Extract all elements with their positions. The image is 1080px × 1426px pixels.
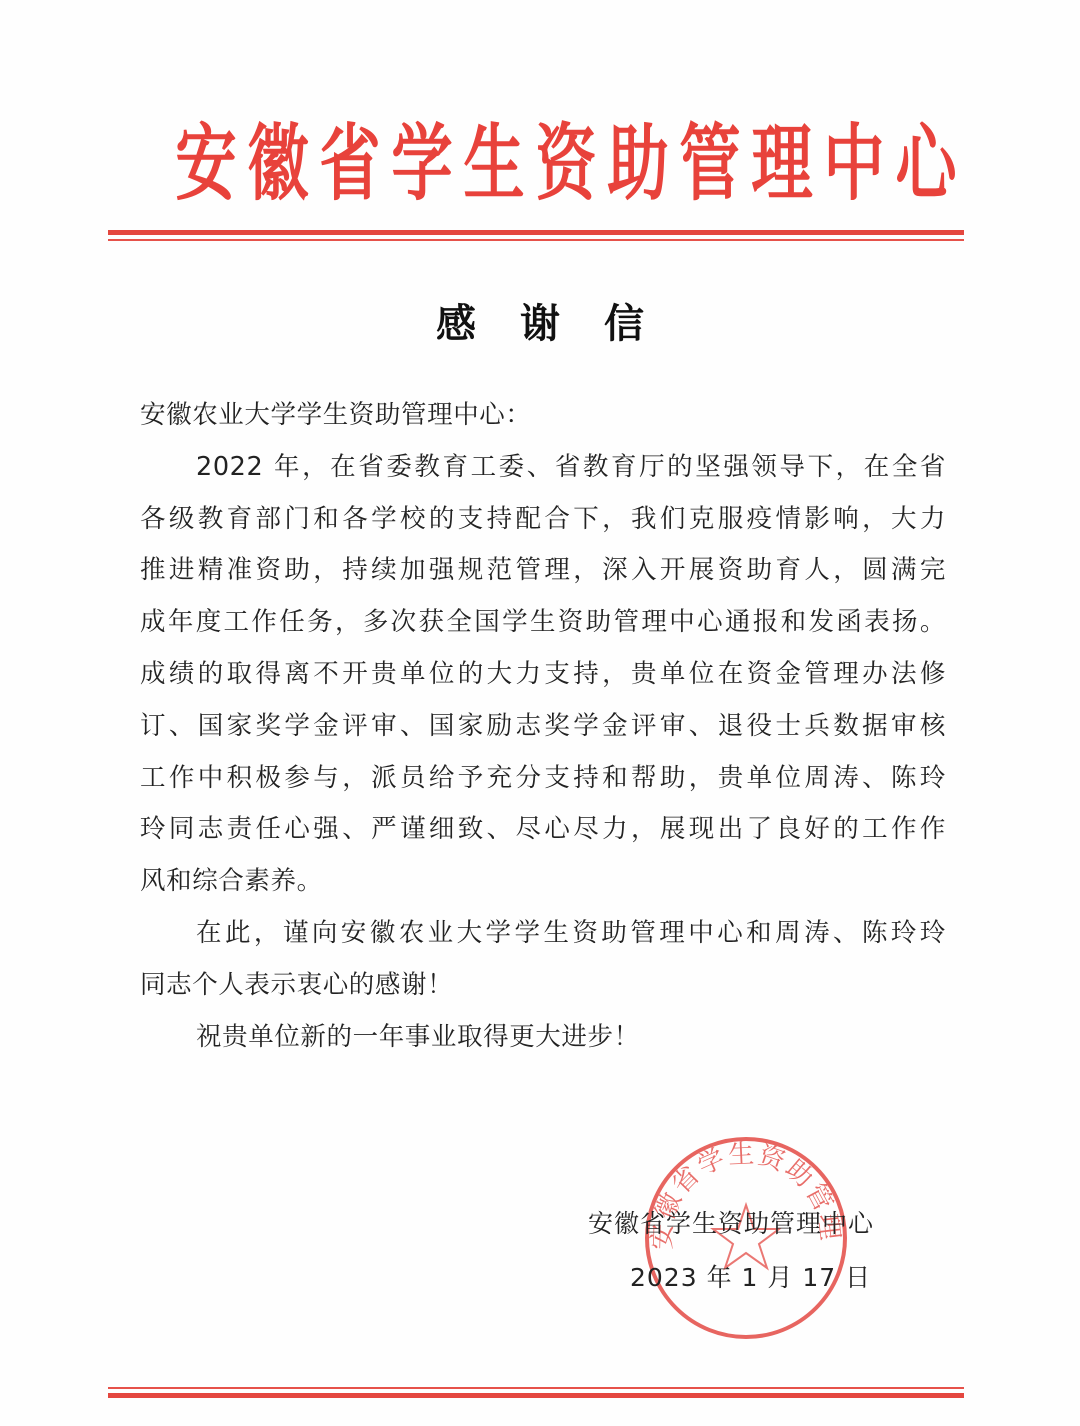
- footer-rule-thin: [108, 1387, 964, 1389]
- letterhead-char: 中: [824, 106, 885, 221]
- letterhead-char: 助: [607, 106, 668, 221]
- paragraph-2: 在此，谨向安徽农业大学学生资助管理中心和周涛、陈玲玲 同志个人表示衷心的感谢！: [140, 908, 946, 1012]
- letterhead-char: 管: [680, 106, 741, 221]
- letter-body: 安徽农业大学学生资助管理中心： 2022 年，在省委教育工委、省教育厅的坚强领导…: [140, 390, 946, 1063]
- letter-title: 感谢信: [0, 292, 1080, 349]
- salutation-text: 安徽农业大学学生资助管理中心：: [140, 390, 946, 442]
- letterhead: 安 徽 省 学 生 资 助 管 理 中 心: [170, 108, 900, 218]
- body-line: 玲同志责任心强、严谨细致、尽心尽力，展现出了良好的工作作: [140, 804, 946, 856]
- footer-rule-thick: [108, 1393, 964, 1398]
- paragraph-3: 祝贵单位新的一年事业取得更大进步！: [140, 1012, 946, 1064]
- body-line: 成年度工作任务，多次获全国学生资助管理中心通报和发函表扬。: [140, 597, 946, 649]
- body-line: 风和综合素养。: [140, 856, 946, 908]
- salutation: 安徽农业大学学生资助管理中心：: [140, 390, 946, 442]
- signature-organization: 安徽省学生资助管理中心: [588, 1204, 874, 1240]
- body-line: 祝贵单位新的一年事业取得更大进步！: [140, 1012, 946, 1064]
- body-line: 在此，谨向安徽农业大学学生资助管理中心和周涛、陈玲玲: [140, 908, 946, 960]
- letterhead-char: 省: [319, 106, 380, 221]
- letterhead-char: 安: [175, 106, 236, 221]
- letterhead-char: 心: [896, 106, 957, 221]
- body-line: 工作中积极参与，派员给予充分支持和帮助，贵单位周涛、陈玲: [140, 753, 946, 805]
- header-rule-thick: [108, 230, 964, 235]
- body-line: 订、国家奖学金评审、国家励志奖学金评审、退役士兵数据审核: [140, 701, 946, 753]
- letterhead-char: 资: [535, 106, 596, 221]
- paragraph-1: 2022 年，在省委教育工委、省教育厅的坚强领导下，在全省 各级教育部门和各学校…: [140, 442, 946, 908]
- body-line: 同志个人表示衷心的感谢！: [140, 960, 946, 1012]
- body-line: 2022 年，在省委教育工委、省教育厅的坚强领导下，在全省: [140, 442, 946, 494]
- body-line: 推进精准资助，持续加强规范管理，深入开展资助育人，圆满完: [140, 545, 946, 597]
- letterhead-char: 理: [752, 106, 813, 221]
- signature-date: 2023 年 1 月 17 日: [630, 1258, 871, 1294]
- body-line: 成绩的取得离不开贵单位的大力支持，贵单位在资金管理办法修: [140, 649, 946, 701]
- body-line: 各级教育部门和各学校的支持配合下，我们克服疫情影响，大力: [140, 494, 946, 546]
- letterhead-char: 徽: [247, 106, 308, 221]
- letterhead-char: 生: [463, 106, 524, 221]
- letter-page: 安 徽 省 学 生 资 助 管 理 中 心 感谢信 安徽农业大学学生资助管理中心…: [0, 0, 1080, 1426]
- letterhead-char: 学: [391, 106, 452, 221]
- header-rule-thin: [108, 239, 964, 241]
